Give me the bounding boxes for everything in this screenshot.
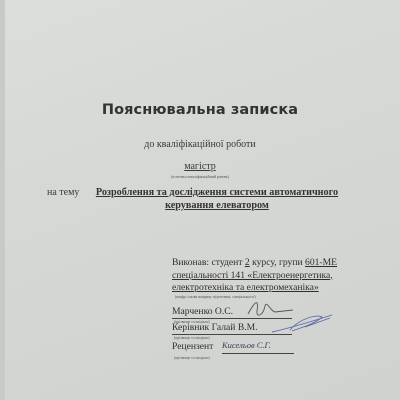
- supervisor-signature-icon: [270, 312, 340, 337]
- executor-block: Виконав: студент 2 курсу, групи 601-МЕ с…: [172, 257, 400, 300]
- signature-line-reviewer: [222, 353, 294, 354]
- specialty-line-2: електротехніка та електромеханіка»: [172, 282, 400, 295]
- topic: Розроблення та дослідження системи автом…: [92, 186, 342, 212]
- topic-line-2: керування елеватором: [92, 199, 342, 212]
- degree-note: (освітньо-кваліфікаційний рівень): [0, 174, 400, 179]
- specialty-line-1: спеціальності 141 «Електроенергетика,: [172, 270, 400, 283]
- document-subtitle: до кваліфікаційної роботи: [0, 139, 400, 150]
- degree: магістр: [0, 161, 400, 172]
- reviewer-note: (прізвище та ініціали): [174, 356, 210, 360]
- course-suffix: курсу, групи: [250, 257, 305, 268]
- page-edge: [0, 0, 5, 400]
- topic-label: на тему: [47, 187, 79, 198]
- degree-value: магістр: [184, 161, 216, 172]
- group-code: 601-МЕ: [305, 257, 337, 268]
- reviewer-handwritten-name: Кисельов С.Г.: [222, 340, 271, 350]
- reviewer-label: Рецензент: [172, 341, 213, 352]
- supervisor-name: Керівник Галай В.М.: [172, 322, 258, 333]
- supervisor-note: (прізвище та ініціали): [174, 336, 210, 340]
- executor-line-1: Виконав: студент 2 курсу, групи 601-МЕ: [172, 257, 400, 270]
- document-title: Пояснювальна записка: [0, 102, 400, 118]
- topic-line-1: Розроблення та дослідження системи автом…: [92, 186, 342, 199]
- student-name: Марченко О.С.: [172, 306, 233, 317]
- executor-prefix: Виконав: студент: [172, 257, 245, 268]
